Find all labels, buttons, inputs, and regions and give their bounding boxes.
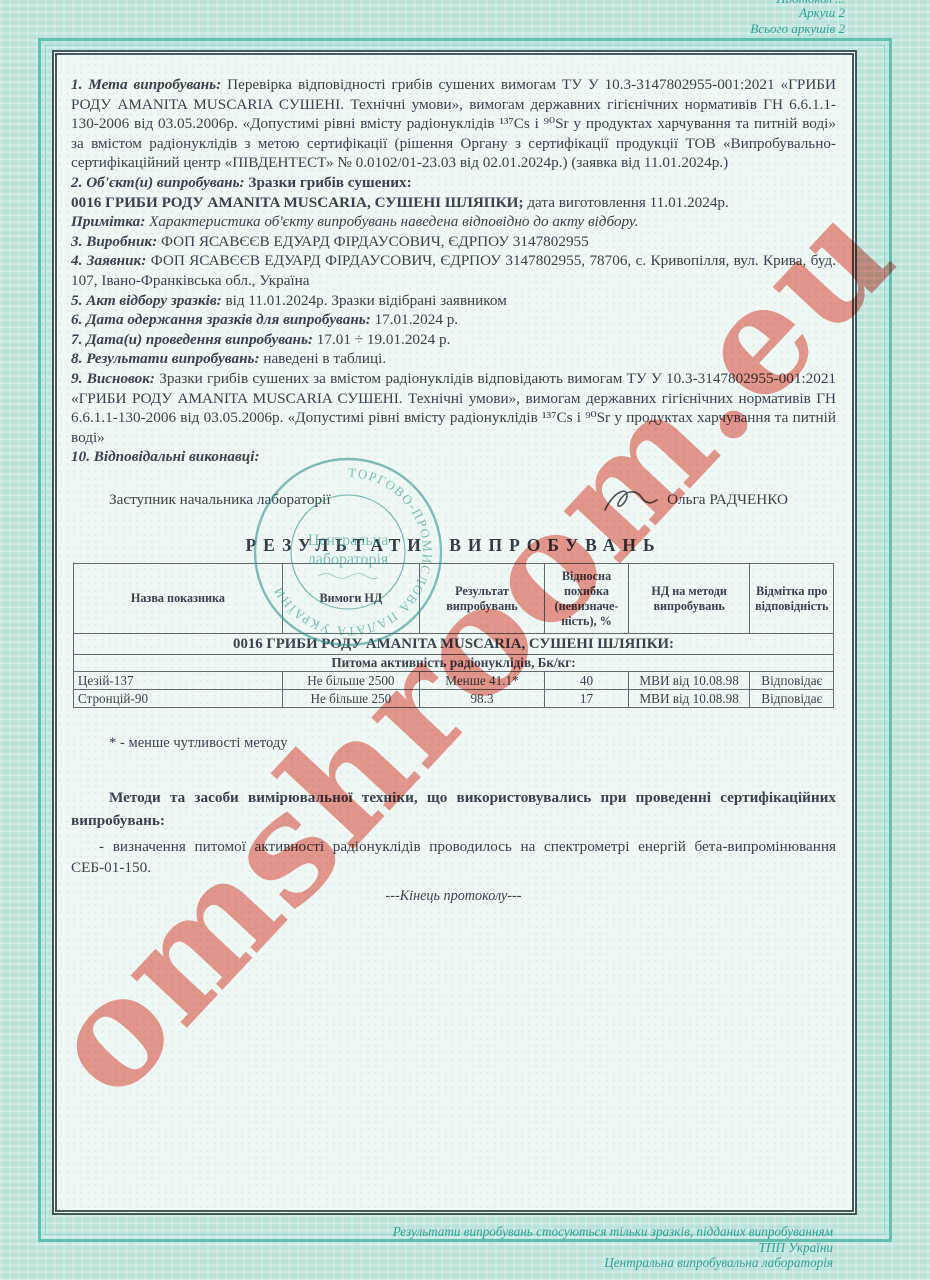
section-2-object: 2. Об'єкт(и) випробувань: Зразки грибів … [71,173,836,193]
section-label: 2. Об'єкт(и) випробувань: [71,174,245,191]
signer-role: Заступник начальника лабораторії [109,491,331,509]
total-sheets: Всього аркушів 2 [750,21,845,37]
signature-block: Ольга РАДЧЕНКО [601,484,788,516]
footer-lab: Центральна випробувальна лабораторія [393,1255,833,1271]
section-5-sampling-act: 5. Акт відбору зразків: від 11.01.2024р.… [71,291,836,311]
footer-org: ТПП України [393,1240,833,1256]
note-text: Характеристика об'єкту випробувань навед… [145,213,638,230]
sample-group-row: 0016 ГРИБИ РОДУ AMANITA MUSCARIA, СУШЕНІ… [73,634,833,655]
signer-name: Ольга РАДЧЕНКО [667,491,788,509]
methods-heading: Методи та засоби вимірювальної техніки, … [71,786,836,832]
col-header-indicator: Назва показника [73,563,282,634]
section-7-test-dates: 7. Дата(и) проведення випробувань: 17.01… [71,330,836,350]
col-header-requirements: Вимоги НД [282,563,419,634]
section-label: 7. Дата(и) проведення випробувань: [71,331,313,348]
signature-scribble-icon [601,484,659,516]
footer-disclaimer: Результати випробувань стосуються тільки… [393,1224,833,1240]
cell-conformity: Відповідає [750,690,834,708]
section-label: 10. Відповідальні виконавці: [71,448,260,465]
section-text: 17.01 ÷ 19.01.2024 р. [313,331,450,348]
col-header-error: Відносна похибка (невизначе­ність), % [545,563,629,634]
page-header: Аркуш 2 Всього аркушів 2 [750,5,845,37]
scanned-protocol-page: Протокол ... Аркуш 2 Всього аркушів 2 Ф … [0,0,930,1280]
section-label: 4. Заявник: [71,252,146,269]
cell-error: 17 [545,690,629,708]
section-1-purpose: 1. Мета випробувань: Перевірка відповідн… [71,75,836,173]
section-text: Зразки грибів сушених за вмістом радіону… [71,370,836,446]
section-label: 9. Висновок: [71,370,155,387]
col-header-conformity: Відмітка про відповідність [750,563,834,634]
section-text: від 11.01.2024р. Зразки відібрані заявни… [222,292,507,309]
cell-conformity: Відповідає [750,672,834,690]
cell-method: МВИ від 10.08.98 [628,672,750,690]
cell-indicator: Цезій-137 [73,672,282,690]
signature-row: Заступник начальника лабораторії Ольга Р… [109,479,836,521]
activity-subgroup-row: Питома активність радіонуклідів, Бк/кг: [73,655,833,672]
manufacture-date: дата виготовлення 11.01.2024р. [524,194,729,211]
cell-requirement: Не більше 2500 [282,672,419,690]
section-label: 3. Виробник: [71,233,157,250]
section-text: ФОП ЯСАВЄЄВ ЕДУАРД ФІРДАУСОВИЧ, ЄДРПОУ 3… [157,233,589,250]
header-clipped-line: Протокол ... [776,0,845,3]
section-10-executors: 10. Відповідальні виконавці: [71,447,836,467]
section-9-conclusion: 9. Висновок: Зразки грибів сушених за вм… [71,369,836,447]
cell-result: 98.3 [419,690,544,708]
end-of-protocol-line: ---Кінець протоколу--- [71,888,836,905]
page-footer: Результати випробувань стосуються тільки… [393,1224,833,1271]
sheet-number: Аркуш 2 [750,5,845,21]
document-body: 1. Мета випробувань: Перевірка відповідн… [52,50,857,1215]
section-3-manufacturer: 3. Виробник: ФОП ЯСАВЄЄВ ЕДУАРД ФІРДАУСО… [71,232,836,252]
section-text: Зразки грибів сушених: [245,174,412,191]
cell-error: 40 [545,672,629,690]
table-row-strontium: Стронцій-90 Не більше 250 98.3 17 МВИ ві… [73,690,833,708]
section-4-applicant: 4. Заявник: ФОП ЯСАВЄЄВ ЕДУАРД ФІРДАУСОВ… [71,251,836,290]
section-text: ФОП ЯСАВЄЄВ ЕДУАРД ФІРДАУСОВИЧ, ЄДРПОУ 3… [71,252,836,289]
section-text: наведені в таблиці. [260,350,387,367]
results-table-title: РЕЗУЛЬТАТИ ВИПРОБУВАНЬ [71,535,836,556]
sample-id-line: 0016 ГРИБИ РОДУ AMANITA MUSCARIA, СУШЕНІ… [71,193,836,213]
cell-indicator: Стронцій-90 [73,690,282,708]
col-header-result: Результат випробувань [419,563,544,634]
section-label: 1. Мета випробувань: [71,76,221,93]
note-label: Примітка: [71,213,145,230]
section-text: 17.01.2024 р. [371,311,458,328]
section-label: 6. Дата одержання зразків для випробуван… [71,311,371,328]
sample-group-label: 0016 ГРИБИ РОДУ AMANITA MUSCARIA, СУШЕНІ… [73,634,833,655]
sample-id-bold: 0016 ГРИБИ РОДУ AMANITA MUSCARIA, СУШЕНІ… [71,194,524,211]
cell-result: Менше 41.1* [419,672,544,690]
section-label: 5. Акт відбору зразків: [71,292,222,309]
section-label: 8. Результати випробувань: [71,350,260,367]
note-line: Примітка: Характеристика об'єкту випробу… [71,212,836,232]
cell-method: МВИ від 10.08.98 [628,690,750,708]
results-table-header-row: Назва показника Вимоги НД Результат випр… [73,563,833,634]
methods-item: - визначення питомої активності радіонук… [71,836,836,878]
cell-requirement: Не більше 250 [282,690,419,708]
col-header-method-nd: НД на методи випробувань [628,563,750,634]
section-6-receive-date: 6. Дата одержання зразків для випробуван… [71,310,836,330]
section-8-results: 8. Результати випробувань: наведені в та… [71,349,836,369]
method-sensitivity-footnote: * - менше чутливості методу [109,735,836,752]
results-table: Назва показника Вимоги НД Результат випр… [73,563,834,709]
activity-subgroup-label: Питома активність радіонуклідів, Бк/кг: [73,655,833,672]
table-row-cesium: Цезій-137 Не більше 2500 Менше 41.1* 40 … [73,672,833,690]
